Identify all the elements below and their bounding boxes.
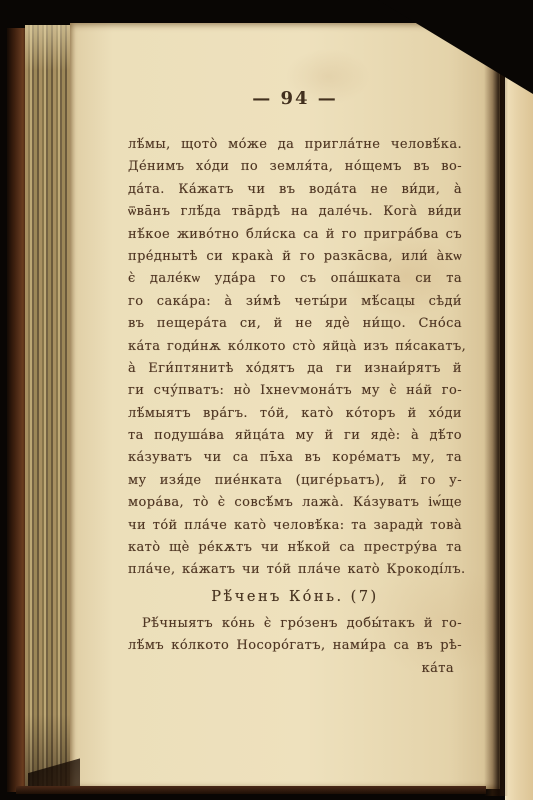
catchword: ка́та: [128, 658, 462, 680]
text-line: пла́че, ка́жатъ чи то́й пла́че като̀ Кро…: [128, 559, 462, 581]
text-line: Рѣ́чныятъ ко́нь є̀ гро́зенъ добы́такъ й …: [128, 613, 462, 635]
text-line: Де́нимъ хо́ди по земля́та, но́щемъ въ во…: [128, 156, 462, 178]
text-line: чи то́й пла́че като̀ человѣ́ка: та зарад…: [128, 515, 462, 537]
page-text: — 94 — лѣ́мы, щото̀ мо́же да пригла́тне …: [128, 86, 462, 680]
text-line: ка́та годи́нѫ ко́лкото сто̀ яйца̀ изъ пя…: [128, 336, 462, 358]
text-line: лѣ́мы, щото̀ мо́же да пригла́тне человѣ́…: [128, 134, 462, 156]
text-line: та подуша́ва яйца́та му й ги ядѐ: а̀ дѣ́…: [128, 425, 462, 447]
page-edge-stack: [25, 25, 73, 791]
text-line: като̀ щѐ ре́кѫтъ чи нѣ́кой са престру́ва…: [128, 537, 462, 559]
gutter-shadow: [484, 40, 508, 796]
text-line: го сака́ра: а̀ зи́мѣ четы́ри мѣ́сацы сѣд…: [128, 291, 462, 313]
text-line: въ пещера́та си, й не ядѐ ни́що. Сно́са: [128, 313, 462, 335]
text-line: нѣ́кое живо́тно бли́ска са й го пригра́б…: [128, 224, 462, 246]
text-line: а̀ Еги́птянитѣ хо́дятъ да ги изнаи́рятъ …: [128, 358, 462, 380]
text-line: ка́зуватъ чи са пъ̄ха въ коре́матъ му, т…: [128, 447, 462, 469]
text-line: є̀ дале́кѡ уда́ра го съ опа́шката си та: [128, 268, 462, 290]
cover-bottom-edge: [16, 786, 486, 794]
section-heading: Рѣ́ченъ Ко́нь. (7): [128, 585, 462, 609]
text-line: лѣ́мыятъ вра́гъ. то́й, като̀ ко́торъ й х…: [128, 403, 462, 425]
text-line: да́та. Ка́жатъ чи въ вода́та не ви́ди, а…: [128, 179, 462, 201]
book-cover-edge: [7, 28, 27, 792]
text-line: пре́днытѣ си крака̀ й го разка̄сва, или́…: [128, 246, 462, 268]
page-number: — 94 —: [128, 86, 462, 114]
text-line: му изя́де пие́нката (циге́рьатъ), й го у…: [128, 470, 462, 492]
book-photo: — 94 — лѣ́мы, щото̀ мо́же да пригла́тне …: [0, 0, 533, 800]
text-line: лѣ́мъ ко́лкото Носоро́гатъ, нами́ра са в…: [128, 635, 462, 657]
text-line: мора́ва, то̀ є̀ совсѣ́мъ лажа̀. Ка́зуват…: [128, 492, 462, 514]
text-line: ѿва̄нъ глѣ́да тва̄рдѣ на дале́чь. Кога̀ …: [128, 201, 462, 223]
text-line: ги счу́пватъ: но̀ Іхнеѵмона́тъ му є̀ на́…: [128, 380, 462, 402]
facing-page-edge: [505, 60, 533, 800]
